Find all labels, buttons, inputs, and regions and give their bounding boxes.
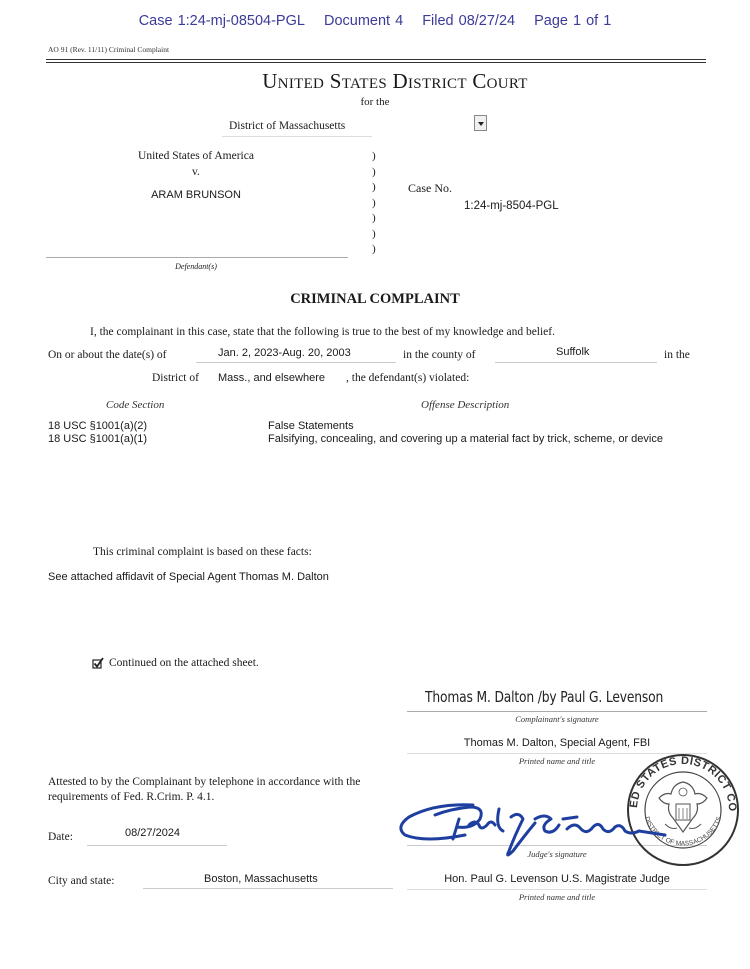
complaint-title: CRIMINAL COMPLAINT	[0, 291, 750, 308]
complainant-signature: Thomas M. Dalton /by Paul G. Levenson	[425, 688, 663, 706]
county-value[interactable]: Suffolk	[556, 346, 589, 358]
defendant-label: Defendant(s)	[46, 262, 346, 271]
district-name: District of Massachusetts	[229, 120, 345, 132]
judge-printed-label: Printed name and title	[407, 892, 707, 902]
document-number: Document 4	[324, 13, 403, 29]
district-suffix: , the defendant(s) violated:	[346, 372, 469, 384]
district-underline	[222, 136, 372, 137]
versus-label: v.	[46, 166, 346, 178]
case-no-label: Case No.	[408, 181, 452, 196]
district-value[interactable]: Mass., and elsewhere	[218, 372, 325, 384]
form-id: AO 91 (Rev. 11/11) Criminal Complaint	[48, 45, 169, 54]
city-state-underline	[143, 888, 393, 889]
plaintiff-name: United States of America	[46, 150, 346, 162]
caption-paren: )	[372, 180, 376, 196]
attestation-text: Attested to by the Complainant by teleph…	[48, 775, 383, 805]
case-number: Case 1:24-mj-08504-PGL	[139, 13, 305, 29]
filed-date: Filed 08/27/24	[422, 13, 515, 29]
header-rule-thin	[46, 62, 706, 63]
judge-printed-name: Hon. Paul G. Levenson U.S. Magistrate Ju…	[407, 873, 707, 885]
county-prefix: in the county of	[403, 349, 476, 361]
city-state-value[interactable]: Boston, Massachusetts	[204, 873, 318, 885]
continued-label: Continued on the attached sheet.	[109, 657, 259, 669]
complainant-printed-name: Thomas M. Dalton, Special Agent, FBI	[407, 737, 707, 749]
case-no-value: 1:24-mj-8504-PGL	[464, 200, 559, 212]
caption-paren: )	[372, 227, 376, 243]
caption-paren: )	[372, 165, 376, 181]
complainant-signature-label: Complainant's signature	[407, 714, 707, 724]
offense-description-header: Offense Description	[421, 399, 509, 411]
judge-signature-icon	[395, 795, 685, 865]
continued-checkbox[interactable]	[92, 656, 104, 668]
defendant-underline	[46, 257, 348, 258]
county-underline	[495, 362, 657, 363]
dates-prefix: On or about the date(s) of	[48, 349, 166, 361]
page-number: Page 1 of 1	[534, 13, 611, 29]
facts-label: This criminal complaint is based on thes…	[93, 546, 312, 558]
dropdown-arrow-icon[interactable]	[474, 115, 487, 131]
caption-parens: )))))))	[372, 149, 376, 258]
dates-value[interactable]: Jan. 2, 2023-Aug. 20, 2003	[218, 347, 351, 359]
checkbox-checked-icon	[92, 657, 104, 669]
date-underline	[87, 845, 227, 846]
violation-code-1: 18 USC §1001(a)(2)	[48, 420, 248, 433]
caption-paren: )	[372, 149, 376, 165]
caption-paren: )	[372, 242, 376, 258]
filing-header: Case 1:24-mj-08504-PGL Document 4 Filed …	[0, 13, 750, 29]
violation-offense-1: False Statements	[268, 420, 688, 433]
judge-printed-line	[407, 889, 707, 890]
dates-underline	[196, 362, 396, 363]
violation-offense-2: Falsifying, concealing, and covering up …	[268, 433, 678, 446]
complaint-intro: I, the complainant in this case, state t…	[90, 326, 555, 338]
city-state-label: City and state:	[48, 875, 114, 887]
facts-text: See attached affidavit of Special Agent …	[48, 571, 329, 583]
caption-paren: )	[372, 211, 376, 227]
header-rule	[46, 59, 706, 60]
district-prefix: District of	[152, 372, 199, 384]
county-suffix: in the	[664, 349, 690, 361]
code-section-header: Code Section	[106, 399, 164, 411]
court-name: United States District Court	[0, 69, 750, 94]
complainant-signature-line	[407, 711, 707, 712]
violation-code-2: 18 USC §1001(a)(1)	[48, 433, 248, 446]
date-value[interactable]: 08/27/2024	[125, 827, 180, 839]
caption-paren: )	[372, 196, 376, 212]
defendant-name: ARAM BRUNSON	[46, 189, 346, 201]
date-label: Date:	[48, 831, 73, 843]
for-the-label: for the	[0, 96, 750, 108]
